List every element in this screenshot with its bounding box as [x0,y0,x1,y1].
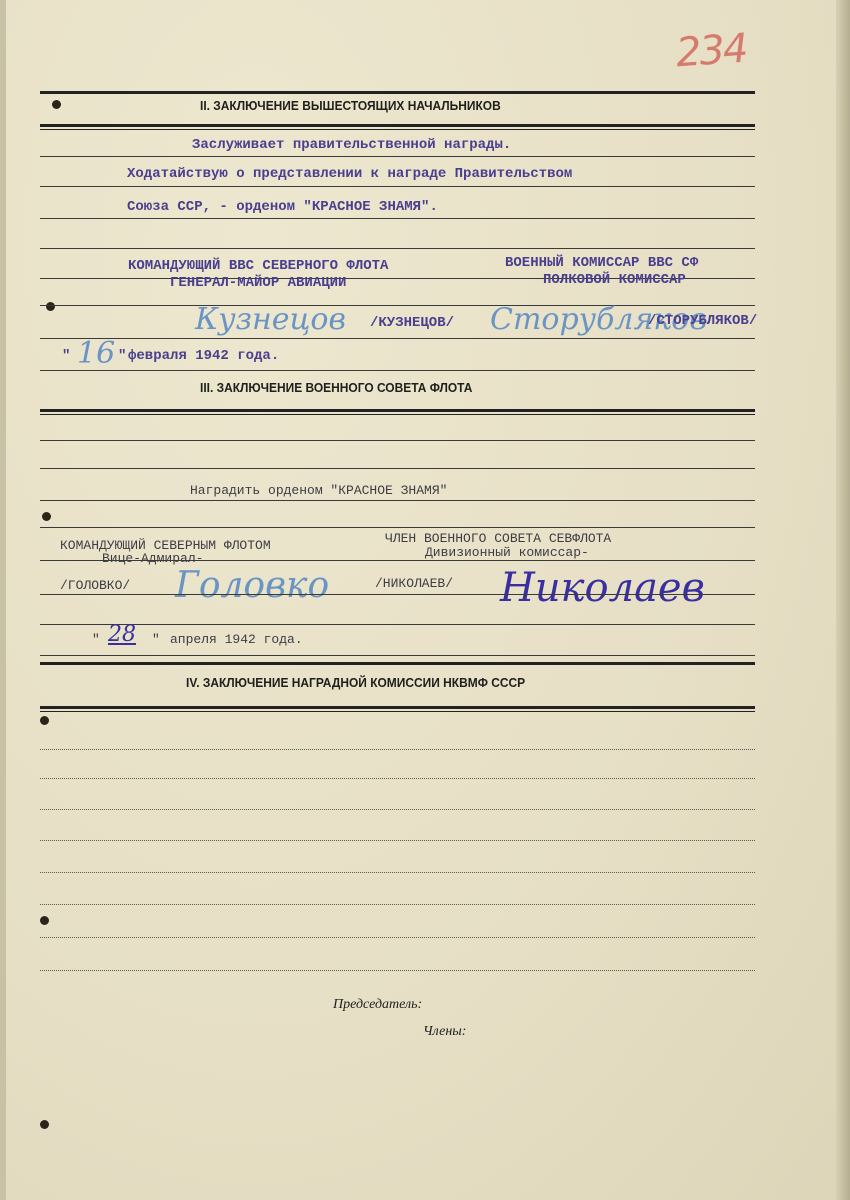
dotted-rule [40,904,755,905]
punch-hole [40,1120,49,1129]
rule [40,500,755,501]
s3-date: апреля 1942 года. [170,632,303,647]
rule [40,338,755,339]
section-2-line-3: Союза ССР, - орденом "КРАСНОЕ ЗНАМЯ". [127,199,438,215]
page-edge-right [836,0,850,1200]
rule [40,248,755,249]
s2-date-quote-open: " [62,348,70,364]
rule [40,706,755,709]
punch-hole [40,916,49,925]
dotted-rule [40,778,755,779]
rule [40,129,755,130]
punch-hole [40,716,49,725]
dotted-rule [40,872,755,873]
members-label: Члены: [423,1024,466,1040]
page-edge-left [0,0,6,1200]
rule [40,711,755,712]
rule [40,124,755,127]
s2-left-name: /КУЗНЕЦОВ/ [370,315,454,331]
rule [40,594,755,595]
s2-right-title-1: ВОЕННЫЙ КОМИССАР ВВС СФ [505,255,698,271]
s2-right-name: /СТОРУБЛЯКОВ/ [648,313,757,329]
s2-left-title-2: ГЕНЕРАЛ-МАЙОР АВИАЦИИ [170,275,346,291]
rule [40,527,755,528]
s3-date-day: 28 [108,622,136,647]
s3-left-name: /ГОЛОВКО/ [60,578,130,593]
dotted-rule [40,937,755,938]
signature-kuznetsov: Кузнецов [195,302,346,337]
rule [40,468,755,469]
rule [40,409,755,412]
signature-golovko: Головко [175,565,329,606]
signature-nikolaev: Николаев [500,565,705,611]
section-3-heading: III. ЗАКЛЮЧЕНИЕ ВОЕННОГО СОВЕТА ФЛОТА [200,380,472,395]
rule [40,218,755,219]
section-2-line-2: Ходатайствую о представлении к награде П… [127,166,572,182]
s2-date-day: 16 [77,336,115,371]
s3-left-title-2: Вице-Адмирал- [102,551,203,566]
s2-date: февраля 1942 года. [128,348,279,364]
rule [40,440,755,441]
s3-right-title-1: ЧЛЕН ВОЕННОГО СОВЕТА СЕВФЛОТА [385,531,611,546]
rule [40,655,755,656]
dotted-rule [40,749,755,750]
punch-hole [52,100,61,109]
section-4-heading: IV. ЗАКЛЮЧЕНИЕ НАГРАДНОЙ КОМИССИИ НКВМФ … [186,675,525,690]
rule [40,662,755,665]
document-page: 234 II. ЗАКЛЮЧЕНИЕ ВЫШЕСТОЯЩИХ НАЧАЛЬНИК… [0,0,850,1200]
rule [40,186,755,187]
punch-hole [46,302,55,311]
s2-left-title-1: КОМАНДУЮЩИЙ ВВС СЕВЕРНОГО ФЛОТА [128,258,388,274]
punch-hole [42,512,51,521]
rule [40,370,755,371]
s3-right-name: /НИКОЛАЕВ/ [375,576,453,591]
s3-decision: Наградить орденом "КРАСНОЕ ЗНАМЯ" [190,483,447,498]
page-number: 234 [674,26,747,77]
rule [40,624,755,625]
chairman-label: Председатель: [333,997,422,1013]
dotted-rule [40,840,755,841]
s3-date-quote-close: " [152,632,160,647]
rule [40,91,755,94]
rule [40,156,755,157]
section-2-heading: II. ЗАКЛЮЧЕНИЕ ВЫШЕСТОЯЩИХ НАЧАЛЬНИКОВ [200,98,501,113]
rule [40,414,755,415]
s2-date-quote-close: " [118,348,126,364]
s3-right-title-2: Дивизионный комиссар- [425,545,589,560]
section-2-line-1: Заслуживает правительственной награды. [192,137,511,153]
dotted-rule [40,809,755,810]
rule [40,560,755,561]
s2-right-title-2: ПОЛКОВОЙ КОМИССАР [543,272,686,288]
dotted-rule [40,970,755,971]
s3-date-quote-open: " [92,632,100,647]
